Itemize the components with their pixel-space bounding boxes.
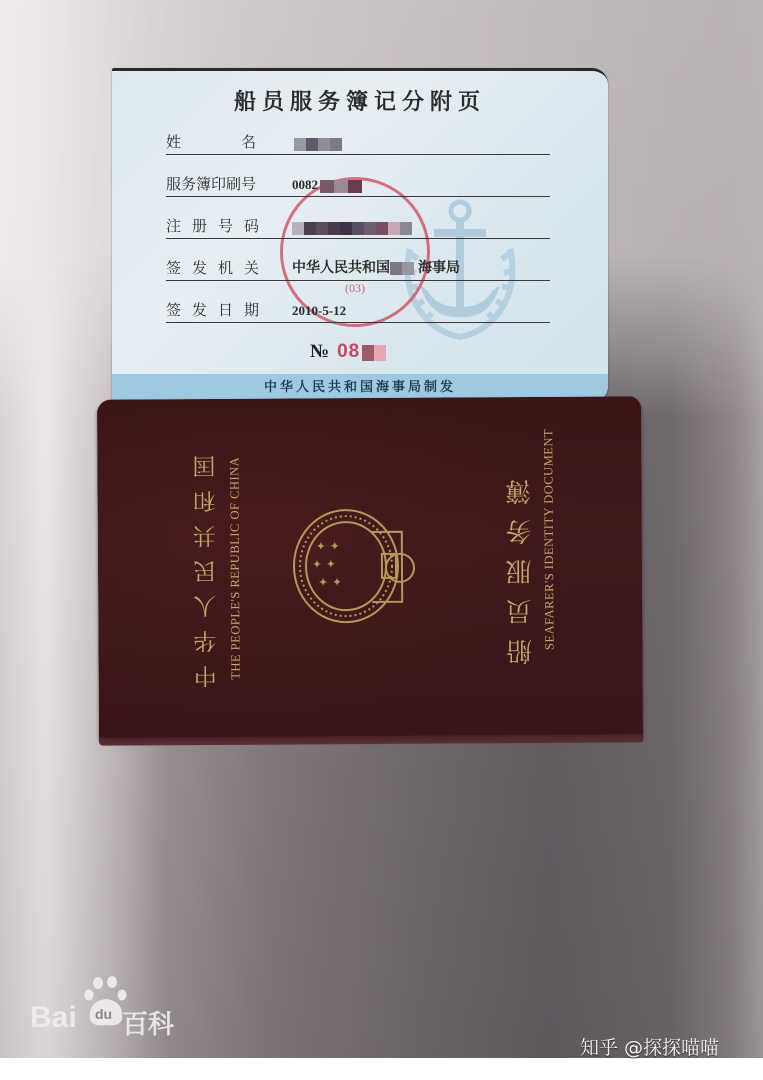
field-issuing-authority: 签发机关 中华人民共和国海事局 (166, 251, 550, 281)
field-print-number: 服务簿印刷号 0082 (166, 167, 550, 197)
field-name: 姓名 (166, 125, 550, 155)
field-authority-label: 签发机关 (166, 257, 270, 278)
baidu-text: Bai (30, 1001, 77, 1035)
score-attachment-card: (03) 船员服务簿记分附页 姓名 服务簿印刷号 0082 注册号码 签发机关 … (112, 68, 608, 402)
field-name-value-redacted (294, 135, 342, 151)
country-name-en: THE PEOPLE'S REPUBLIC OF CHINA (227, 457, 243, 680)
field-registration-label: 注册号码 (166, 215, 270, 236)
seafarer-document-cover: 中华人民共和国 THE PEOPLE'S REPUBLIC OF CHINA ✦… (97, 396, 643, 741)
national-emblem-icon: ✦ ✦ ✦ ✦ ✦ ✦ (286, 502, 433, 633)
field-date-label: 签发日期 (166, 299, 270, 320)
svg-text:✦ ✦: ✦ ✦ (316, 539, 340, 553)
field-date-value: 2010-5-12 (292, 303, 346, 319)
field-authority-value: 中华人民共和国海事局 (292, 257, 460, 277)
country-name-cn: 中华人民共和国 (189, 443, 223, 688)
serial-number: №08 (310, 341, 386, 363)
field-print-number-value: 0082 (292, 177, 362, 193)
document-title-en: SEAFARER'S IDENTITY DOCUMENT (541, 429, 557, 650)
svg-text:✦ ✦: ✦ ✦ (318, 575, 342, 589)
card-title: 船员服务簿记分附页 (112, 85, 608, 116)
baike-text: 百科 (122, 1004, 174, 1041)
field-issue-date: 签发日期 2010-5-12 (166, 293, 550, 323)
svg-text:✦ ✦: ✦ ✦ (312, 557, 336, 571)
field-registration-number: 注册号码 (166, 209, 550, 239)
baidu-baike-watermark: du Bai 百科 (30, 975, 190, 1035)
svg-text:du: du (95, 1006, 112, 1022)
zhihu-watermark: 知乎 @探探喵喵 (580, 1033, 719, 1060)
field-registration-value-redacted (292, 219, 412, 235)
document-title-cn: 船员服务簿 (501, 465, 539, 665)
field-print-number-label: 服务簿印刷号 (166, 173, 256, 194)
bottom-margin (0, 1058, 763, 1080)
